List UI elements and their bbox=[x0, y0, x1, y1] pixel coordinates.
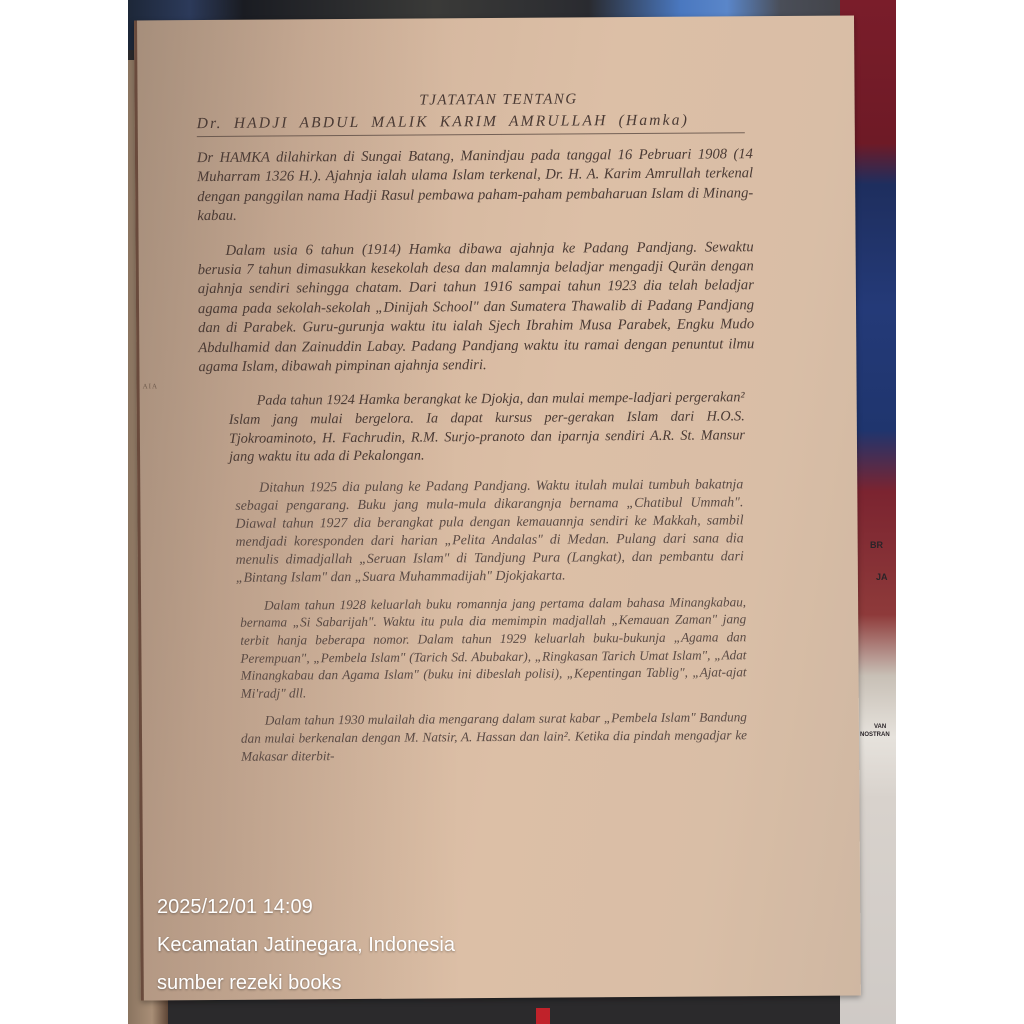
paragraph: Ditahun 1925 dia pulang ke Padang Pandja… bbox=[199, 475, 744, 587]
location-stamp: Kecamatan Jatinegara, Indonesia bbox=[157, 934, 455, 957]
page-title: TJATATAN TENTANG bbox=[245, 90, 753, 111]
title-rule bbox=[197, 132, 745, 137]
spine-label: BR bbox=[870, 540, 883, 550]
bookmark-ribbon bbox=[536, 1008, 550, 1024]
margin-note: AIA bbox=[143, 382, 159, 390]
spine-label: VAN bbox=[874, 724, 886, 730]
paragraph: Dalam tahun 1928 keluarlah buku romannja… bbox=[200, 593, 747, 702]
paragraph: Dalam usia 6 tahun (1914) Hamka dibawa a… bbox=[198, 238, 755, 378]
spine-label: JA bbox=[876, 572, 888, 582]
book-page: AIA TJATATAN TENTANG Dr. HADJI ABDUL MAL… bbox=[134, 15, 861, 1000]
photo: BR JA VAN NOSTRAN AIA TJATATAN TENTANG D… bbox=[128, 0, 896, 1024]
page-subtitle: Dr. HADJI ABDUL MALIK KARIM AMRULLAH (Ha… bbox=[197, 111, 753, 133]
watermark-text: sumber rezeki books bbox=[157, 972, 342, 995]
page-text: TJATATAN TENTANG Dr. HADJI ABDUL MALIK K… bbox=[197, 90, 758, 765]
spine-label: NOSTRAN bbox=[860, 732, 890, 738]
paragraph: Dr HAMKA dilahirkan di Sungai Batang, Ma… bbox=[197, 145, 754, 227]
timestamp-stamp: 2025/12/01 14:09 bbox=[157, 896, 313, 919]
paragraph: Pada tahun 1924 Hamka berangkat ke Djokj… bbox=[199, 389, 746, 467]
paragraph: Dalam tahun 1930 mulailah dia mengarang … bbox=[201, 709, 747, 766]
